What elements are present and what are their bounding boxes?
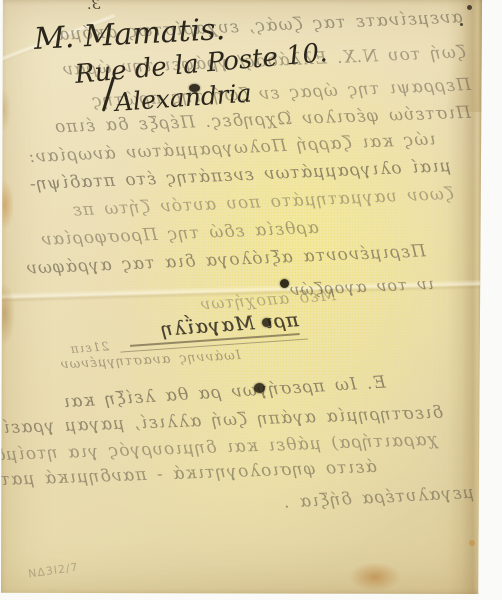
ink-blot xyxy=(280,279,289,288)
ink-blot xyxy=(254,383,265,393)
bleedthrough-line: μεγαλυτέρα δήξια . xyxy=(196,483,475,518)
bleedthrough-line: αρθεία εδώ της Προσφορίαν xyxy=(39,218,320,250)
ink-blot xyxy=(262,318,271,327)
letter-page: ανεμείνατε τας ζωάς, ευχαρίστως ακόμαζωή… xyxy=(1,0,483,594)
bleedthrough-line: 21ειπ xyxy=(59,339,110,356)
page-number-mirrored: 3. xyxy=(87,0,100,13)
